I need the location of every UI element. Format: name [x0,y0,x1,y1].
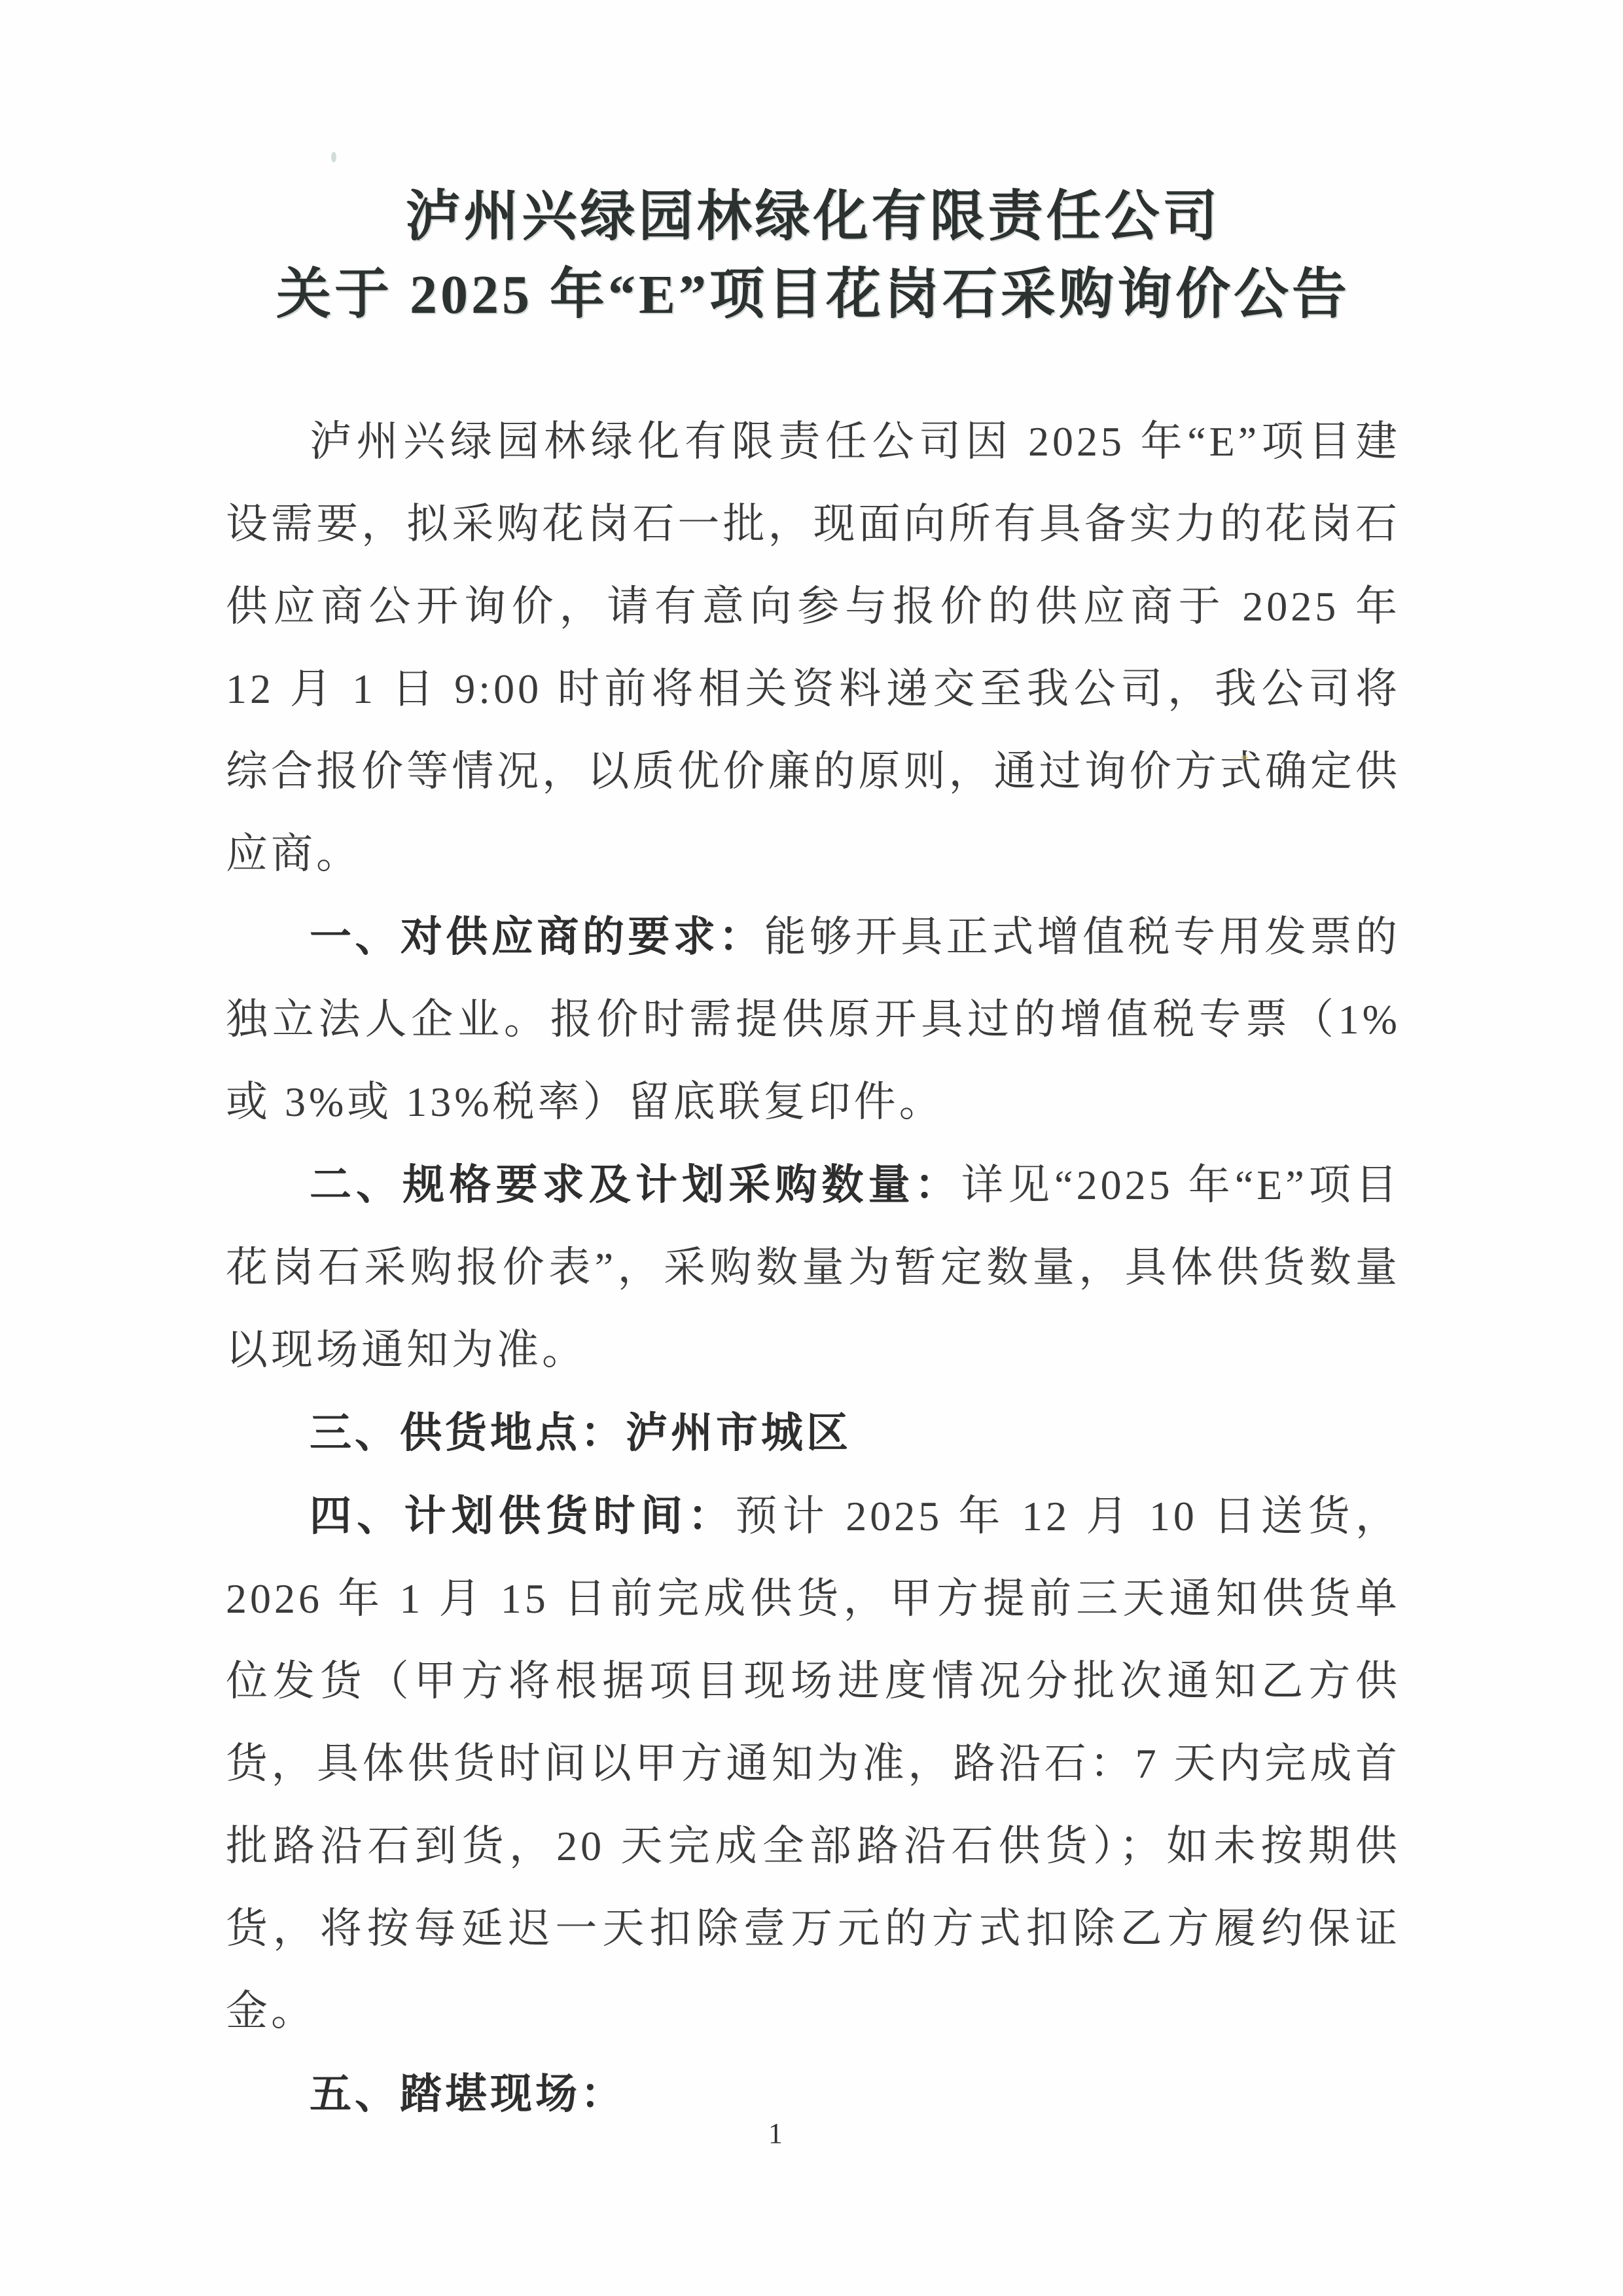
page-number: 1 [768,2114,783,2153]
section-3-heading: 三、供货地点：泸州市城区 [310,1409,851,1456]
title-line-2: 关于 2025 年“E”项目花岗石采购询价公告 [226,256,1400,334]
section-2-heading: 二、规格要求及计划采购数量： [310,1161,961,1208]
document-title: 泸州兴绿园林绿化有限责任公司 关于 2025 年“E”项目花岗石采购询价公告 [226,178,1400,334]
page-footer: 1 [0,2114,1623,2153]
document-body: 泸州兴绿园林绿化有限责任公司因 2025 年“E”项目建设需要，拟采购花岗石一批… [226,401,1400,2136]
title-line-1: 泸州兴绿园林绿化有限责任公司 [226,178,1400,256]
intro-text: 泸州兴绿园林绿化有限责任公司因 2025 年“E”项目建设需要，拟采购花岗石一批… [226,418,1400,877]
section-1-heading: 一、对供应商的要求： [310,913,764,960]
paragraph-section-2: 二、规格要求及计划采购数量：详见“2025 年“E”项目花岗石采购报价表”，采购… [226,1143,1400,1391]
section-4-heading: 四、计划供货时间： [310,1492,735,1539]
paragraph-section-3: 三、供货地点：泸州市城区 [226,1391,1400,1475]
section-4-text: 预计 2025 年 12 月 10 日送货，2026 年 1 月 15 日前完成… [226,1493,1400,2034]
section-5-heading: 五、踏堪现场： [310,2070,626,2117]
paragraph-intro: 泸州兴绿园林绿化有限责任公司因 2025 年“E”项目建设需要，拟采购花岗石一批… [226,401,1400,895]
scanned-document-page: 泸州兴绿园林绿化有限责任公司 关于 2025 年“E”项目花岗石采购询价公告 泸… [0,0,1623,2296]
paragraph-section-1: 一、对供应商的要求：能够开具正式增值税专用发票的独立法人企业。报价时需提供原开具… [226,895,1400,1143]
paragraph-section-4: 四、计划供货时间：预计 2025 年 12 月 10 日送货，2026 年 1 … [226,1475,1400,2053]
scan-artifact [1241,755,1248,761]
scan-artifact [331,152,336,162]
